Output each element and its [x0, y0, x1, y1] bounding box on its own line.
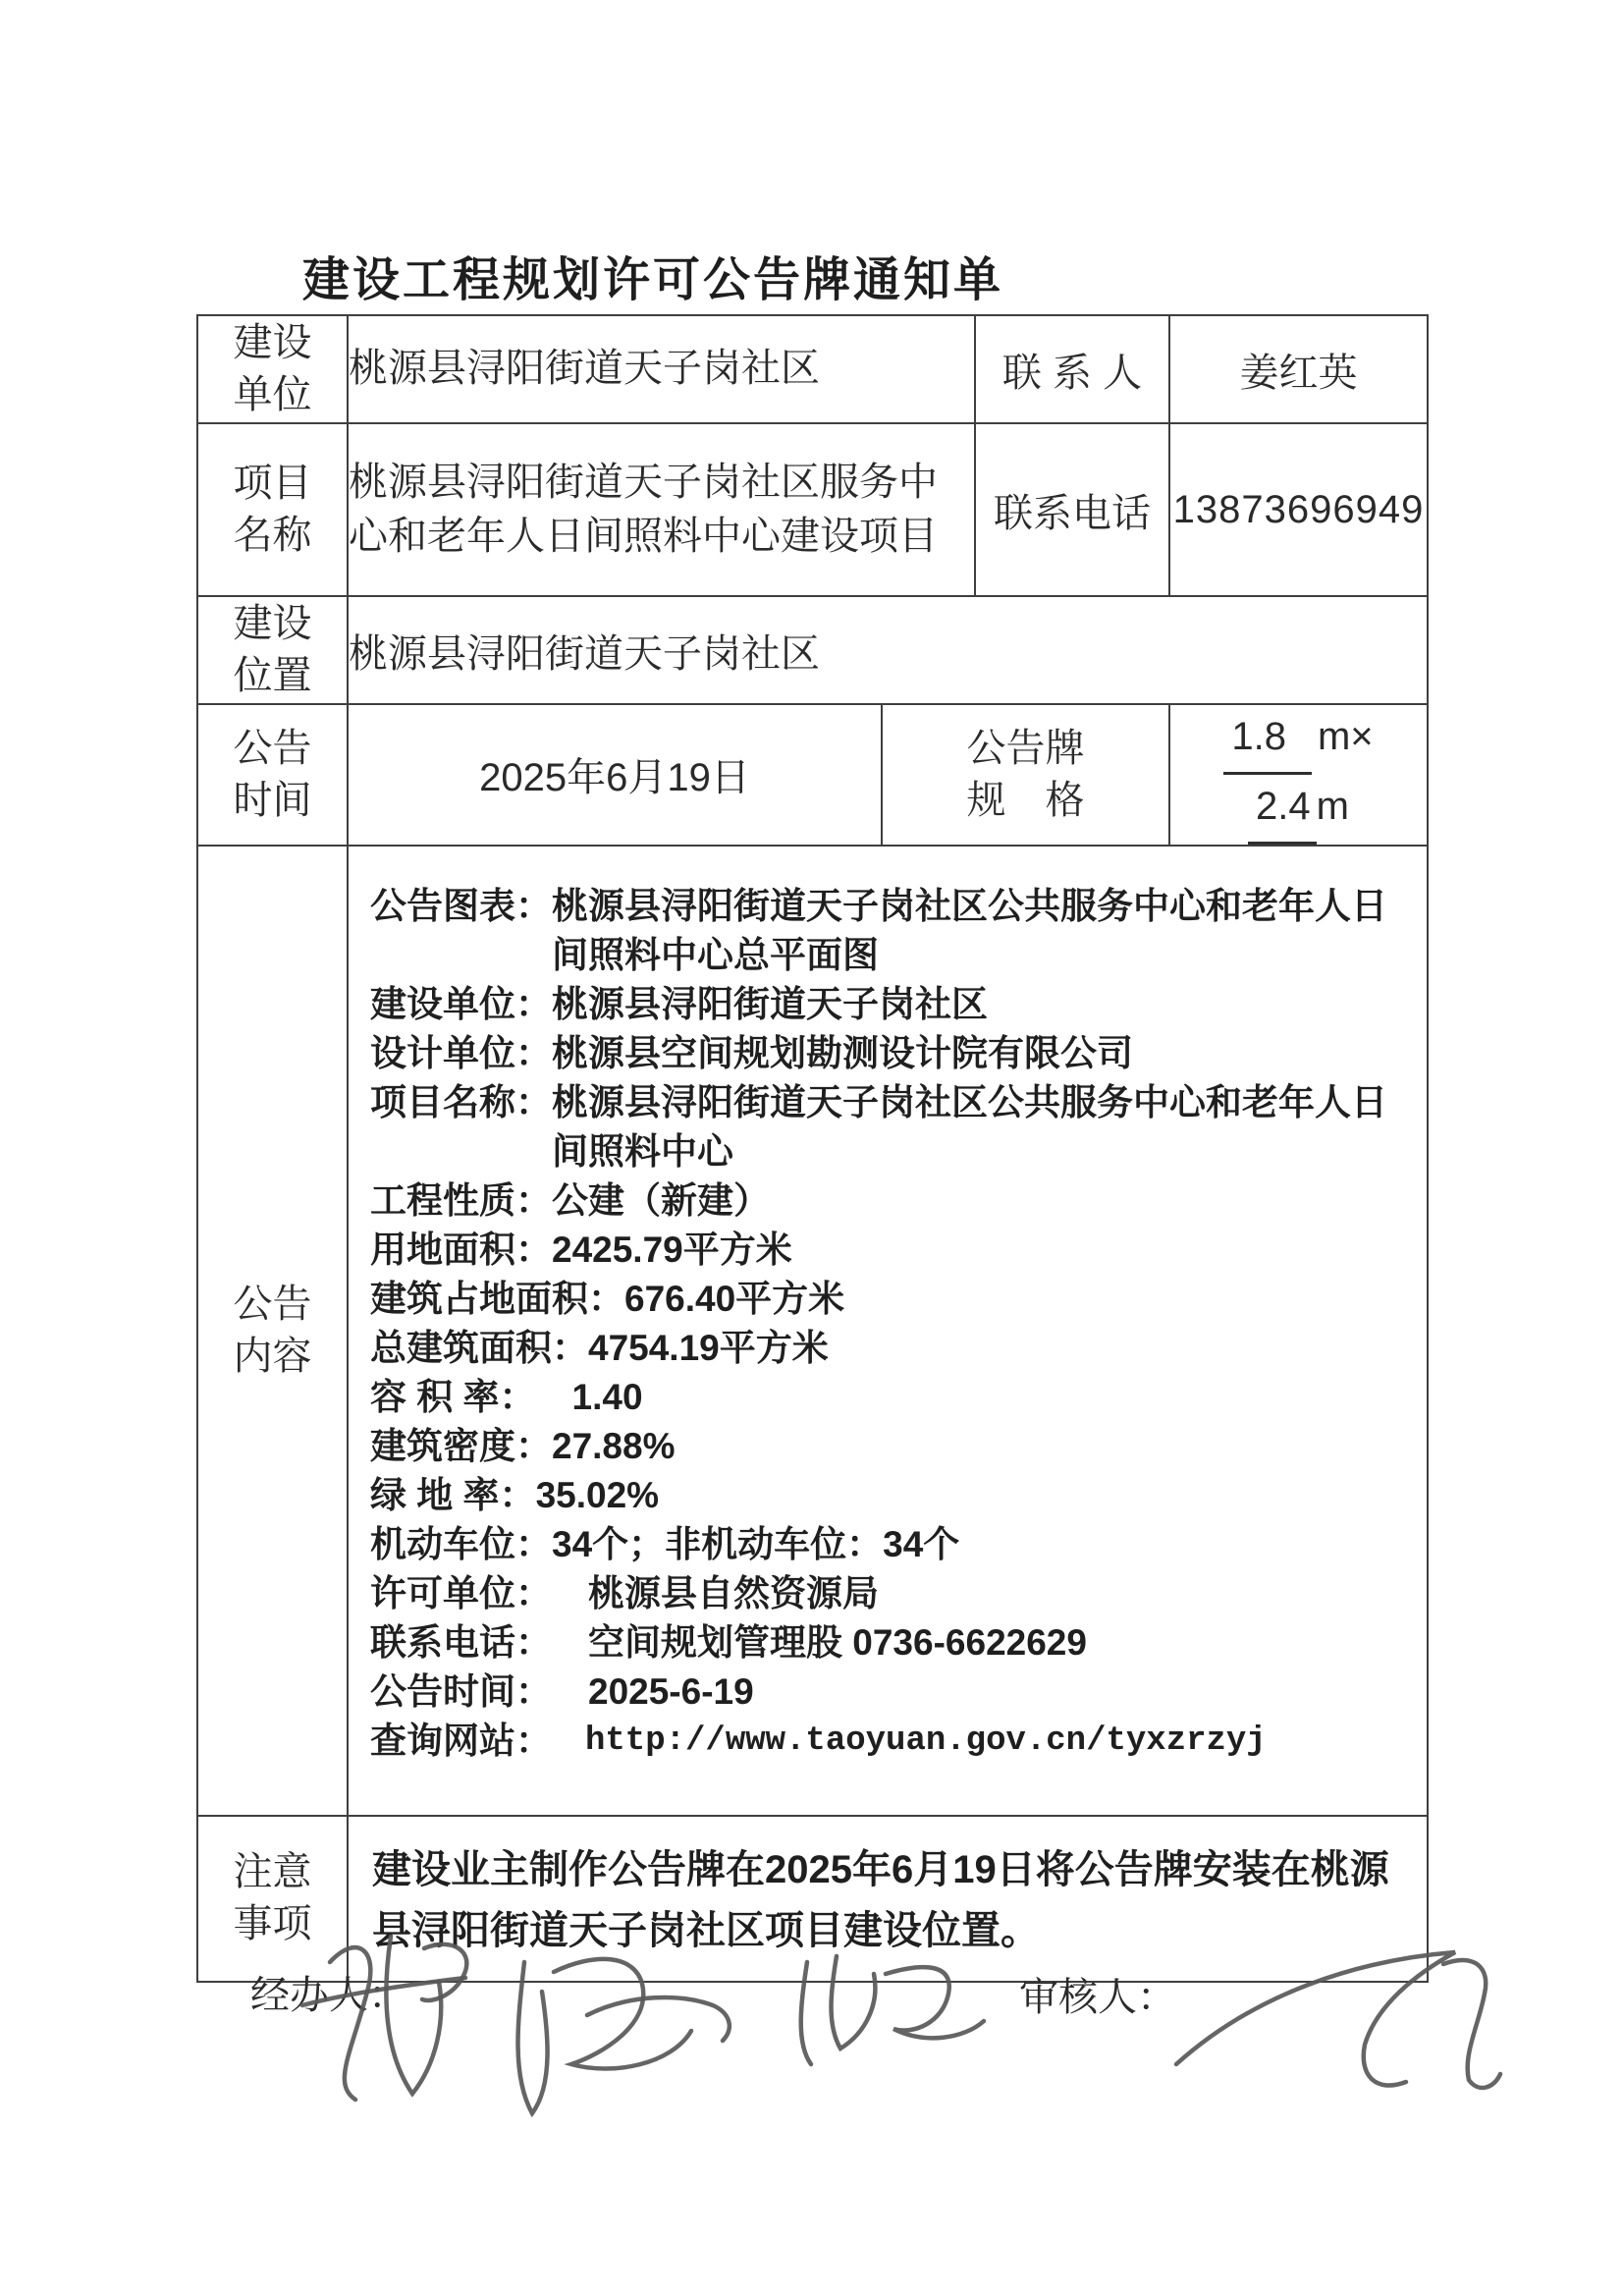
- notice-date-value: 2025年6月19日: [348, 704, 882, 846]
- page-title: 建设工程规划许可公告牌通知单: [302, 242, 1003, 309]
- content-line-website: 查询网站： http://www.taoyuan.gov.cn/tyxzrzyj: [370, 1717, 1399, 1766]
- row-notice-content: 公告 内容 公告图表： 桃源县浔阳街道天子岗社区公共服务中心和老年人日间照料中心…: [197, 846, 1428, 1816]
- board-spec-height: 2.4: [1248, 775, 1317, 845]
- content-line-permit-phone: 联系电话： 空间规划管理股 0736-6622629: [370, 1618, 1399, 1667]
- operator-label: 经办人：: [250, 1964, 407, 2020]
- builder-unit-label: 建设 单位: [197, 315, 348, 423]
- row-builder-unit: 建设 单位 桃源县浔阳街道天子岗社区 联 系 人 姜红英: [197, 315, 1428, 423]
- board-spec-label: 公告牌 规 格: [882, 704, 1169, 846]
- row-location: 建设 位置 桃源县浔阳街道天子岗社区: [197, 596, 1428, 704]
- location-label: 建设 位置: [197, 596, 348, 704]
- content-line-permit-unit: 许可单位： 桃源县自然资源局: [370, 1569, 1399, 1618]
- content-line-project: 项目名称： 桃源县浔阳街道天子岗社区公共服务中心和老年人日间照料中心: [370, 1078, 1399, 1176]
- location-value: 桃源县浔阳街道天子岗社区: [348, 596, 1428, 704]
- content-line-designer: 设计单位： 桃源县空间规划勘测设计院有限公司: [370, 1029, 1399, 1078]
- project-name-label: 项目 名称: [197, 423, 348, 596]
- builder-unit-value: 桃源县浔阳街道天子岗社区: [348, 315, 975, 423]
- contact-phone-value: 13873696949: [1169, 423, 1428, 596]
- content-line-density: 建筑密度： 27.88%: [370, 1422, 1399, 1471]
- content-line-land-area: 用地面积： 2425.79平方米: [370, 1226, 1399, 1275]
- notes-value: 建设业主制作公告牌在2025年6月19日将公告牌安装在桃源县浔阳街道天子岗社区项…: [348, 1816, 1428, 1982]
- content-line-plot-ratio: 容 积 率： 1.40: [370, 1373, 1399, 1422]
- content-line-footprint: 建筑占地面积： 676.40平方米: [370, 1275, 1399, 1324]
- contact-phone-label: 联系电话: [975, 423, 1169, 596]
- notes-label: 注意 事项: [197, 1816, 348, 1982]
- notice-date-label: 公告 时间: [197, 704, 348, 846]
- content-line-gross-floor: 总建筑面积： 4754.19平方米: [370, 1324, 1399, 1373]
- reviewer-label: 审核人：: [1019, 1966, 1176, 2022]
- board-spec-value: 1.8m× 2.4m: [1169, 704, 1428, 846]
- row-notice-date: 公告 时间 2025年6月19日 公告牌 规 格 1.8m× 2.4m: [197, 704, 1428, 846]
- notice-content-label: 公告 内容: [197, 846, 348, 1816]
- board-spec-width: 1.8: [1223, 705, 1312, 775]
- notice-content-body: 公告图表： 桃源县浔阳街道天子岗社区公共服务中心和老年人日间照料中心总平面图 建…: [348, 846, 1428, 1816]
- content-line-builder: 建设单位： 桃源县浔阳街道天子岗社区: [370, 980, 1399, 1029]
- content-line-parking: 机动车位： 34个；非机动车位：34个: [370, 1520, 1399, 1569]
- content-line-chart: 公告图表： 桃源县浔阳街道天子岗社区公共服务中心和老年人日间照料中心总平面图: [370, 882, 1399, 980]
- contact-person-value: 姜红英: [1169, 315, 1428, 423]
- content-line-notice-date: 公告时间： 2025-6-19: [370, 1667, 1399, 1717]
- contact-person-label: 联 系 人: [975, 315, 1169, 423]
- content-line-nature: 工程性质： 公建（新建）: [370, 1176, 1399, 1226]
- query-website-url: http://www.taoyuan.gov.cn/tyxzrzyj: [552, 1717, 1267, 1766]
- content-line-green-rate: 绿 地 率： 35.02%: [370, 1471, 1399, 1520]
- project-name-value: 桃源县浔阳街道天子岗社区服务中心和老年人日间照料中心建设项目: [348, 423, 975, 596]
- notice-form-table: 建设 单位 桃源县浔阳街道天子岗社区 联 系 人 姜红英 项目 名称 桃源县浔阳…: [196, 314, 1429, 1983]
- scanned-notice-page: 建设工程规划许可公告牌通知单 建设 单位 桃源县浔阳街道天子岗社区 联 系 人 …: [0, 0, 1623, 2296]
- row-notes: 注意 事项 建设业主制作公告牌在2025年6月19日将公告牌安装在桃源县浔阳街道…: [197, 1816, 1428, 1982]
- row-project-name: 项目 名称 桃源县浔阳街道天子岗社区服务中心和老年人日间照料中心建设项目 联系电…: [197, 423, 1428, 596]
